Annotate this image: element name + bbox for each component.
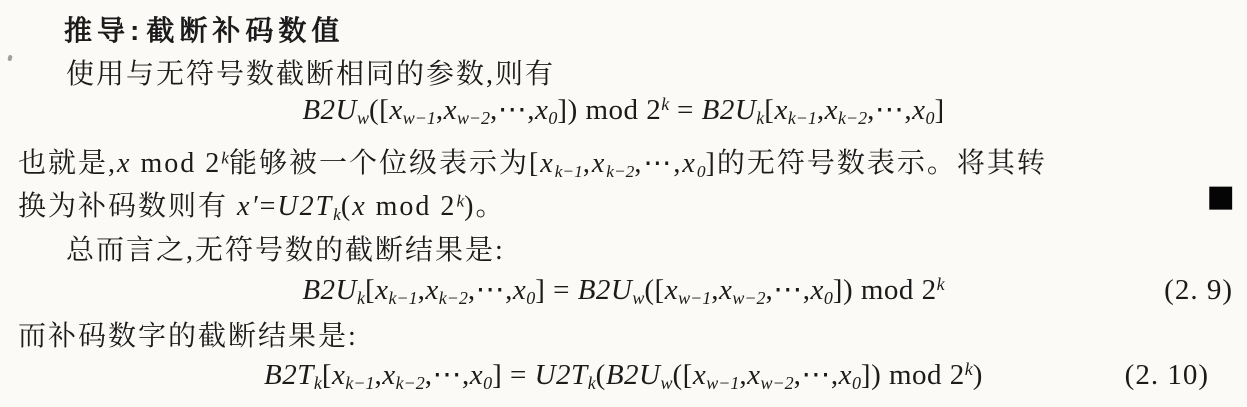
- intro-sentence: 使用与无符号数截断相同的参数,则有: [66, 52, 555, 92]
- equation-2-10-number: (2. 10): [1125, 359, 1209, 392]
- equation-2-9: B2Uk[xk−1,xk−2,⋯,x0] = B2Uw([xw−1,xw−2,⋯…: [0, 272, 1247, 309]
- equation-body: B2Uw([xw−1,xw−2,⋯,x0]) mod 2k = B2Uk[xk−…: [302, 94, 944, 126]
- explanation-line-1: 也就是,x mod 2k能够被一个位级表示为[xk−1,xk−2,⋯,x0]的无…: [18, 141, 1047, 182]
- equation-2-9-number: (2. 9): [1164, 274, 1233, 307]
- tc-truncation-sentence: 而补码数字的截断结果是:: [18, 314, 358, 354]
- scanned-textbook-page: 推导:截断补码数值 使用与无符号数截断相同的参数,则有 B2Uw([xw−1,x…: [0, 0, 1247, 407]
- equation-body: B2Uk[xk−1,xk−2,⋯,x0] = B2Uw([xw−1,xw−2,⋯…: [302, 274, 944, 306]
- summary-sentence: 总而言之,无符号数的截断结果是:: [66, 228, 505, 268]
- equation-2-10: B2Tk[xk−1,xk−2,⋯,x0] = U2Tk(B2Uw([xw−1,x…: [0, 357, 1247, 394]
- equation-body: B2Tk[xk−1,xk−2,⋯,x0] = U2Tk(B2Uw([xw−1,x…: [264, 359, 983, 391]
- explanation-line-2: 换为补码数则有 x′=U2Tk(x mod 2k)。: [18, 184, 505, 225]
- scan-speck: [7, 55, 12, 62]
- derivation-heading: 推导:截断补码数值: [64, 9, 344, 49]
- qed-marker: ■: [1207, 182, 1235, 212]
- equation-truncation-mod: B2Uw([xw−1,xw−2,⋯,x0]) mod 2k = B2Uk[xk−…: [0, 92, 1247, 129]
